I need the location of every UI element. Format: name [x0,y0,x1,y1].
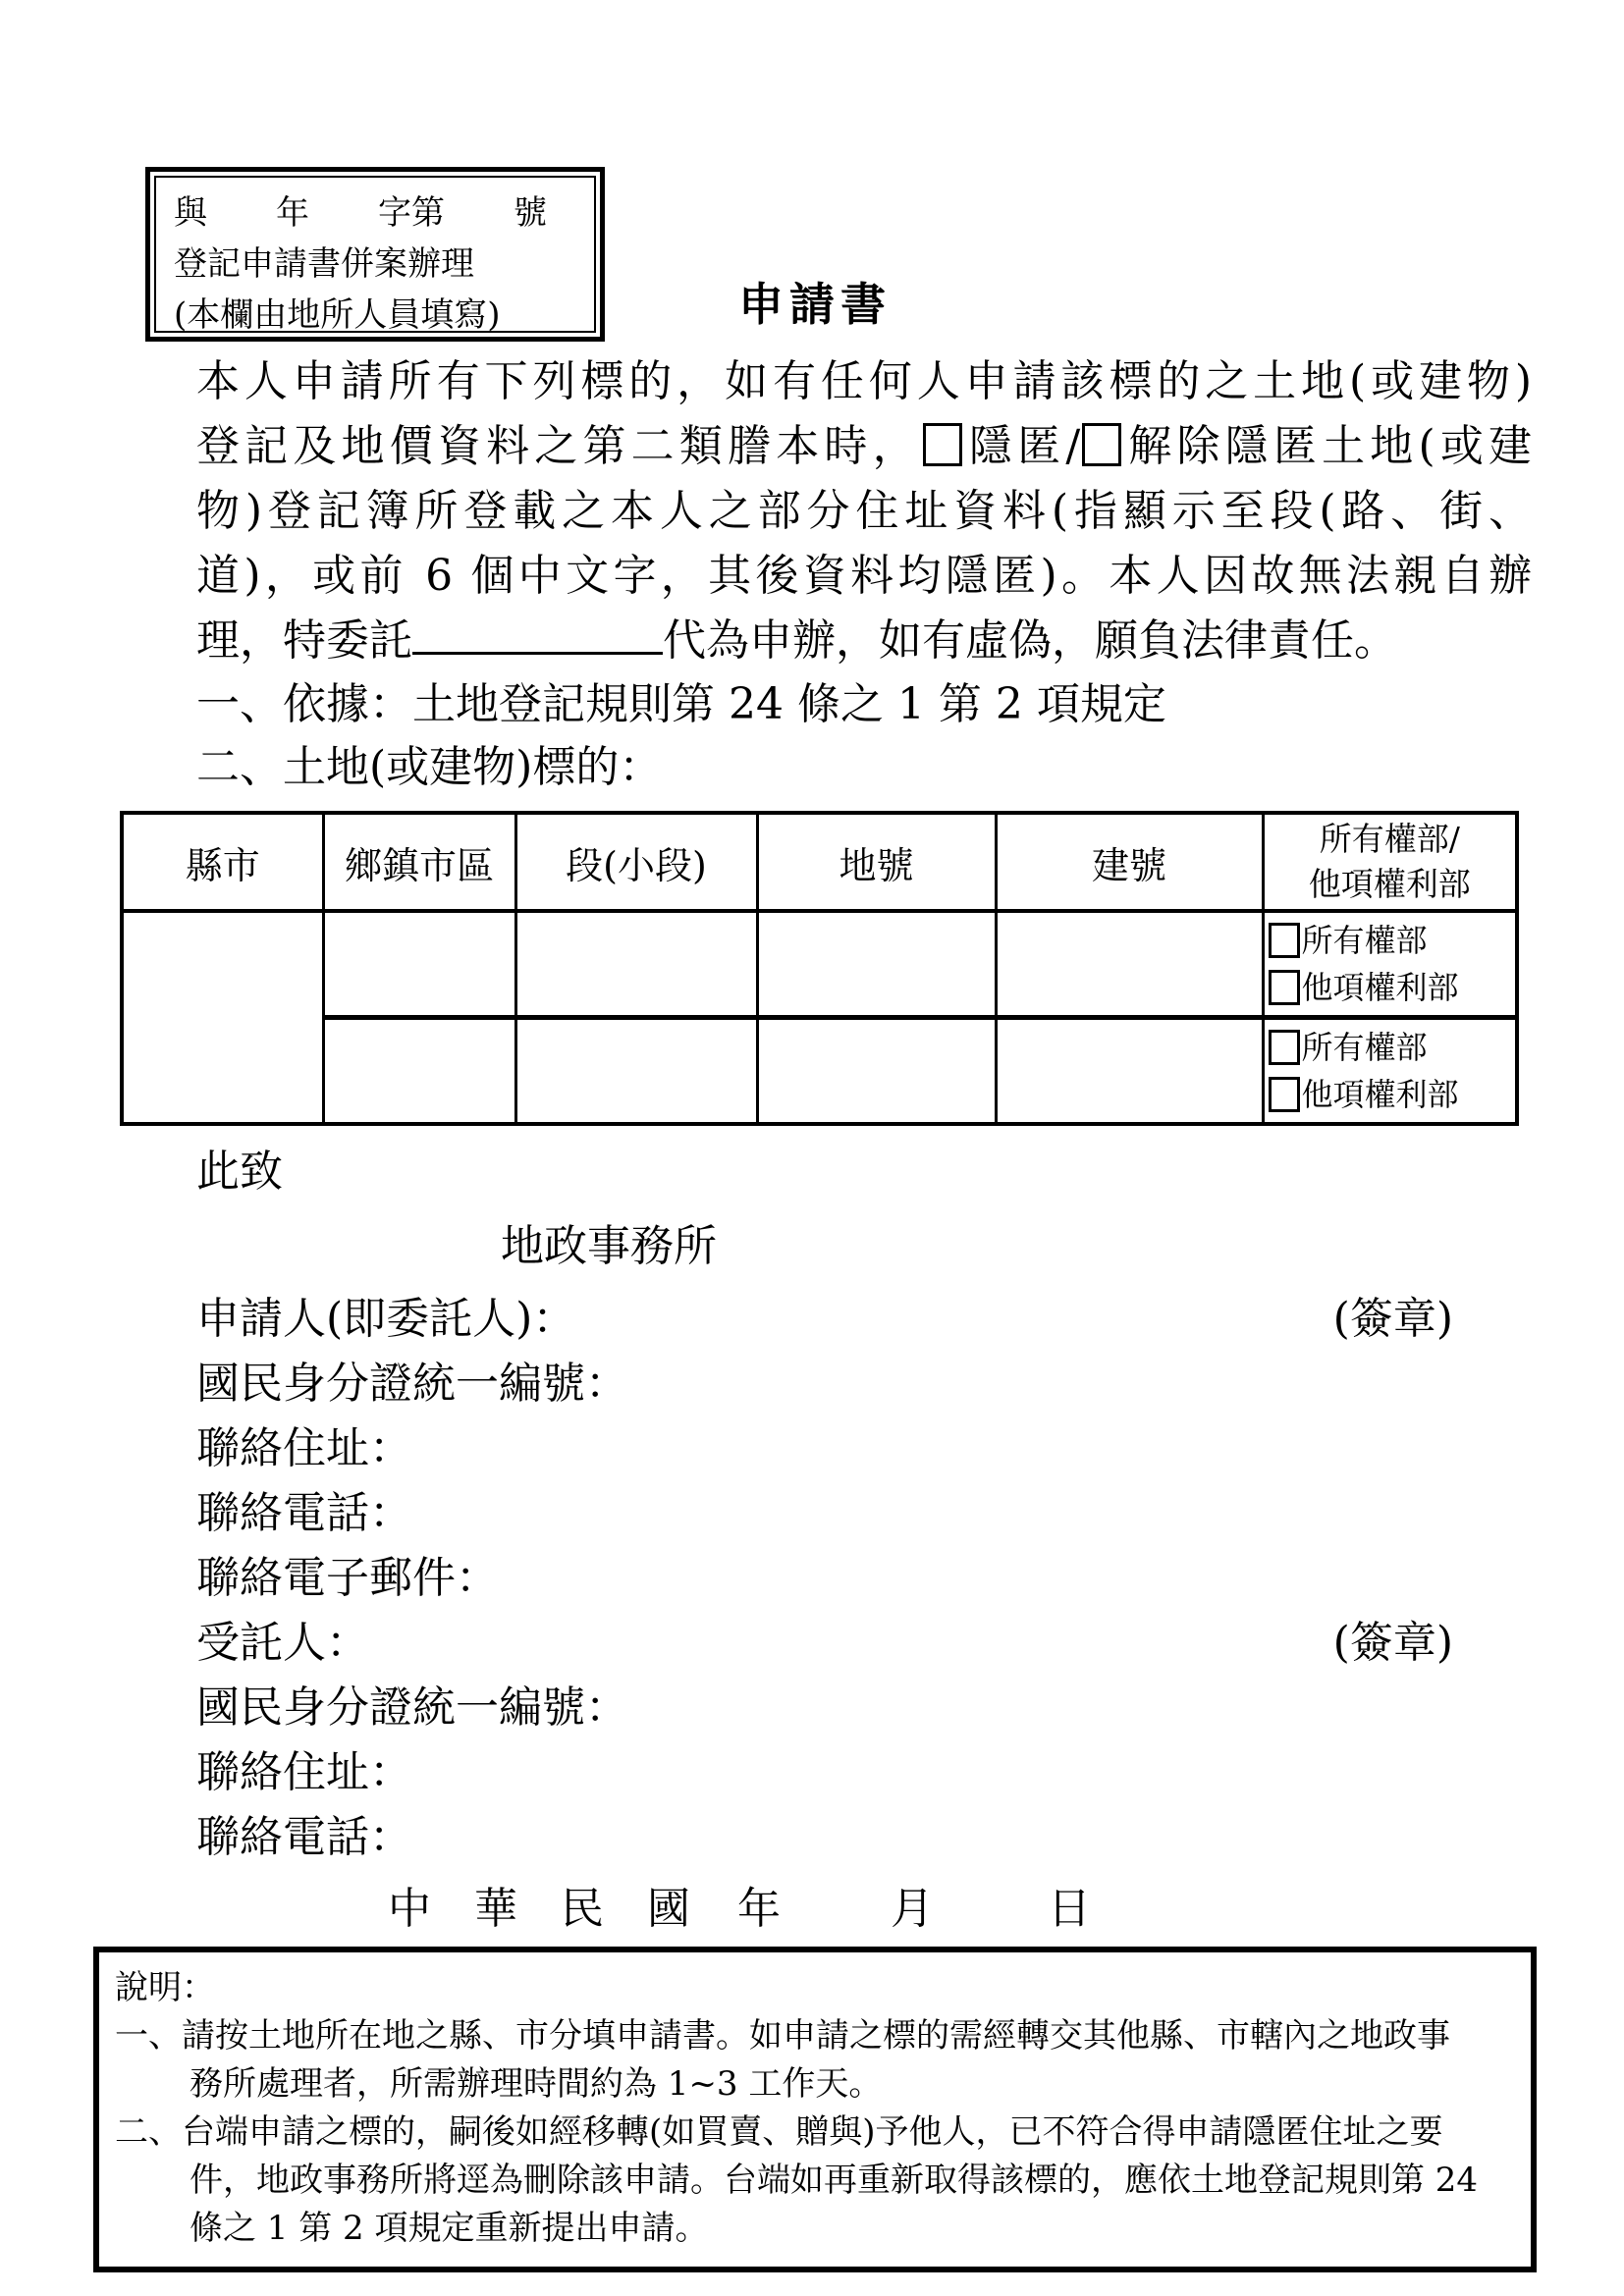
land-office-label: 地政事務所 [501,1216,1537,1277]
applicant-phone-label: 聯絡電話： [196,1491,412,1536]
district-input-cell-2[interactable] [323,1018,515,1125]
col-header-parts-line1: 所有權部/ [1265,817,1516,862]
other-rights-part-label-1: 他項權利部 [1302,969,1459,1006]
col-header-section: 段(小段) [515,813,757,911]
property-table: 縣市 鄉鎮市區 段(小段) 地號 建號 所有權部/ 他項權利部 所有權部 [120,811,1519,1126]
ownership-part-checkbox-1[interactable] [1269,923,1300,958]
col-header-parts-line2: 他項權利部 [1265,862,1516,907]
parts-cell-1: 所有權部 他項權利部 [1263,911,1517,1018]
trustee-row: 受託人： (簽章) [196,1621,1537,1666]
form-header: 與 年 字第 號 登記申請書併案辦理 (本欄由地所人員填寫) 申請書 [93,167,1537,344]
date-line: 中 華 民 國年月日 [388,1882,1537,1937]
col-header-building-number: 建號 [996,813,1263,911]
delegate-clause-pre: 理，特委託 [196,615,412,666]
item-subject-heading: 二、土地(或建物)標的： [196,736,1532,799]
section-input-cell-1[interactable] [515,911,757,1018]
applicant-address-row: 聯絡住址： [196,1426,1537,1471]
delegate-name-blank[interactable] [412,615,663,655]
trustee-label: 受託人： [196,1621,369,1666]
ownership-part-label-1: 所有權部 [1302,922,1428,959]
parts-cell-2: 所有權部 他項權利部 [1263,1018,1517,1125]
section-input-cell-2[interactable] [515,1018,757,1125]
other-rights-part-checkbox-2[interactable] [1269,1077,1300,1112]
trustee-address-row: 聯絡住址： [196,1750,1537,1795]
applicant-address-label: 聯絡住址： [196,1426,412,1471]
page-title: 申請書 [93,269,1537,334]
col-header-land-number: 地號 [757,813,996,911]
applicant-phone-row: 聯絡電話： [196,1491,1537,1536]
application-form-page: 與 年 字第 號 登記申請書併案辦理 (本欄由地所人員填寫) 申請書 本人申請所… [0,0,1624,2296]
other-rights-part-option-1: 他項權利部 [1269,964,1516,1011]
ownership-part-checkbox-2[interactable] [1269,1030,1300,1065]
applicant-email-row: 聯絡電子郵件： [196,1556,1537,1601]
case-no-label: 號 [514,187,547,239]
case-prefix-label: 與 [174,187,207,239]
trustee-phone-row: 聯絡電話： [196,1815,1537,1860]
case-number-line: 與 年 字第 號 [174,187,576,239]
note-1-line-2: 務所處理者，所需辦理時間約為 1~3 工作天。 [115,2060,1513,2109]
property-table-header-row: 縣市 鄉鎮市區 段(小段) 地號 建號 所有權部/ 他項權利部 [122,813,1517,911]
col-header-parts: 所有權部/ 他項權利部 [1263,813,1517,911]
trustee-id-row: 國民身分證統一編號： [196,1685,1537,1731]
year-label: 年 [737,1884,781,1934]
note-2-line-2: 件，地政事務所將逕為刪除該申請。台端如再重新取得該標的，應依土地登記規則第 24 [115,2157,1513,2205]
col-header-county: 縣市 [122,813,323,911]
hide-option-label: 隱匿/ [964,421,1080,471]
trustee-signature-label: (簽章) [1333,1621,1537,1666]
case-word-no-label: 字第 [378,187,445,239]
ownership-part-label-2: 所有權部 [1302,1029,1428,1066]
land-number-input-cell-2[interactable] [757,1018,996,1125]
month-label: 月 [891,1884,934,1934]
trustee-id-label: 國民身分證統一編號： [196,1685,628,1731]
ownership-part-option-2: 所有權部 [1269,1024,1516,1071]
paragraph-line-2-pre: 登記及地價資料之第二類謄本時， [196,421,921,471]
paragraph-line-2-post: 解除隱匿土地(或建 [1123,421,1532,471]
declaration-paragraph: 本人申請所有下列標的，如有任何人申請該標的之土地(或建物) 登記及地價資料之第二… [196,349,1532,673]
other-rights-part-label-2: 他項權利部 [1302,1076,1459,1113]
item-legal-basis: 一、依據：土地登記規則第 24 條之 1 第 2 項規定 [196,673,1532,736]
col-header-district: 鄉鎮市區 [323,813,515,911]
note-1-line-1: 一、請按土地所在地之縣、市分填申請書。如申請之標的需經轉交其他縣、市轄內之地政事 [115,2012,1513,2060]
paragraph-line-2: 登記及地價資料之第二類謄本時，隱匿/解除隱匿土地(或建 [196,414,1532,479]
applicant-id-label: 國民身分證統一編號： [196,1362,628,1407]
day-label: 日 [1048,1884,1091,1934]
notes-box: 說明： 一、請按土地所在地之縣、市分填申請書。如申請之標的需經轉交其他縣、市轄內… [93,1947,1537,2272]
other-rights-part-option-2: 他項權利部 [1269,1071,1516,1118]
trustee-address-label: 聯絡住址： [196,1750,412,1795]
district-input-cell-1[interactable] [323,911,515,1018]
paragraph-line-5: 理，特委託代為申辦，如有虛偽，願負法律責任。 [196,609,1532,673]
applicant-email-label: 聯絡電子郵件： [196,1556,499,1601]
note-2-line-1: 二、台端申請之標的，嗣後如經移轉(如買賣、贈與)予他人，已不符合得申請隱匿住址之… [115,2109,1513,2157]
paragraph-line-1: 本人申請所有下列標的，如有任何人申請該標的之土地(或建物) [196,349,1532,414]
paragraph-line-3: 物)登記簿所登載之本人之部分住址資料(指顯示至段(路、街、 [196,479,1532,544]
delegate-clause-post: 代為申辦，如有虛偽，願負法律責任。 [663,615,1397,666]
paragraph-line-4: 道)，或前 6 個中文字，其後資料均隱匿)。本人因故無法親自辦 [196,544,1532,609]
building-number-input-cell-2[interactable] [996,1018,1263,1125]
applicant-row: 申請人(即委託人)： (簽章) [196,1297,1537,1342]
case-year-label: 年 [276,187,309,239]
notes-title: 說明： [115,1964,1513,2012]
property-row-1: 所有權部 他項權利部 [122,911,1517,1018]
hide-address-checkbox[interactable] [923,423,962,466]
ownership-part-option-1: 所有權部 [1269,917,1516,964]
trustee-phone-label: 聯絡電話： [196,1815,412,1860]
closing-to-label: 此致 [196,1142,1537,1202]
building-number-input-cell-1[interactable] [996,911,1263,1018]
applicant-signature-label: (簽章) [1333,1297,1537,1342]
property-row-2: 所有權部 他項權利部 [122,1018,1517,1125]
county-input-cell[interactable] [122,911,323,1124]
roc-era-label: 中 華 民 國 [388,1884,690,1934]
applicant-id-row: 國民身分證統一編號： [196,1362,1537,1407]
other-rights-part-checkbox-1[interactable] [1269,970,1300,1005]
unhide-address-checkbox[interactable] [1082,423,1121,466]
applicant-label: 申請人(即委託人)： [196,1297,575,1342]
note-2-line-3: 條之 1 第 2 項規定重新提出申請。 [115,2205,1513,2253]
land-number-input-cell-1[interactable] [757,911,996,1018]
